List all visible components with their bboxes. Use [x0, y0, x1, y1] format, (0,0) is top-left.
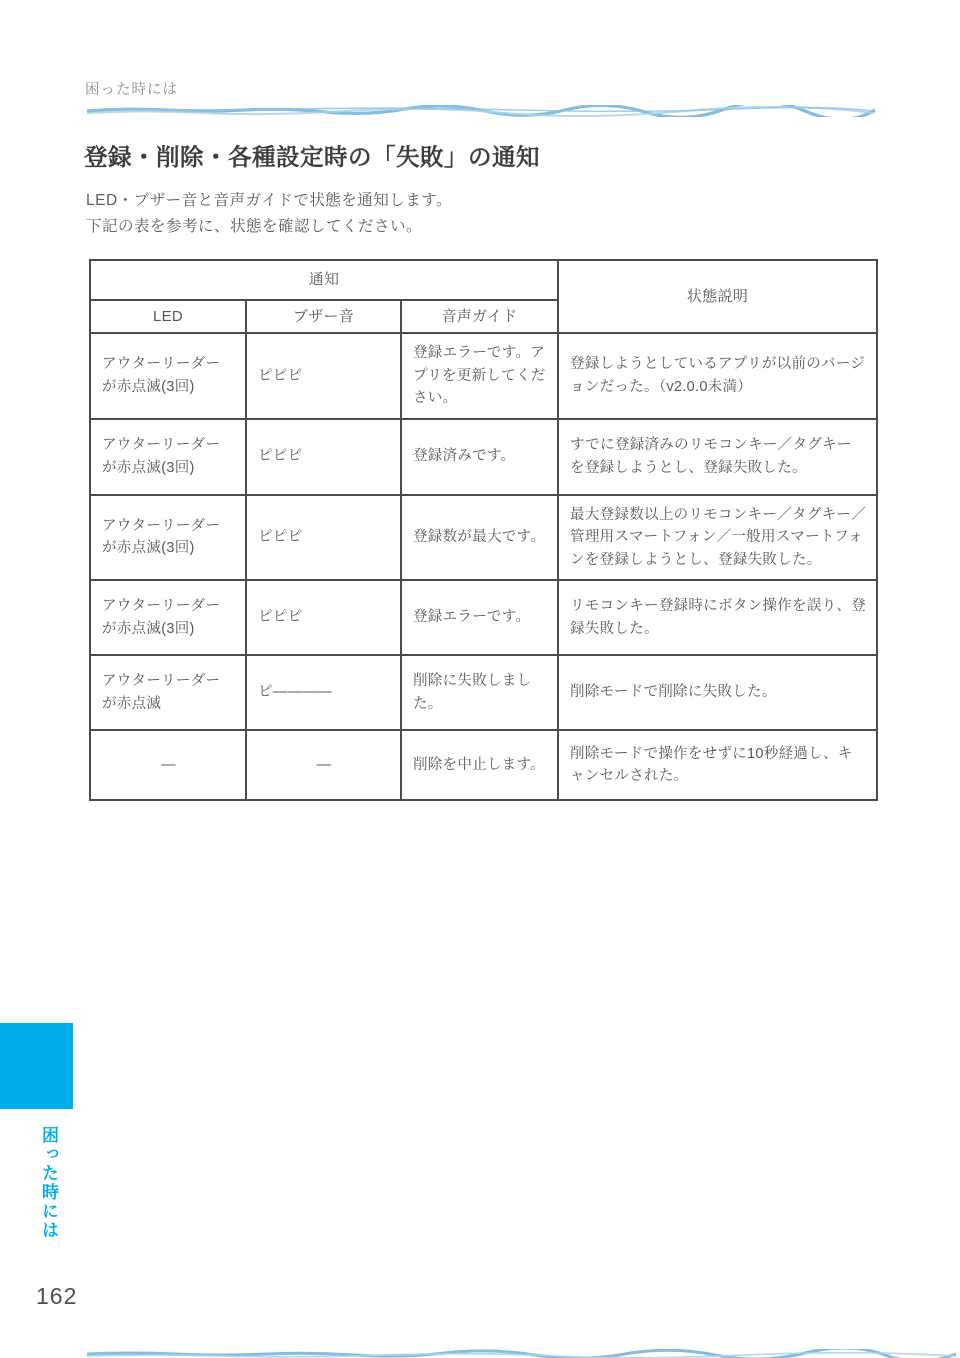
table-row: — — 削除を中止します。 削除モードで操作をせずに10秒経過し、キャンセルされ…	[90, 730, 877, 800]
scribble-divider-bottom	[85, 1346, 958, 1356]
voice-cell: 登録エラーです。アプリを更新してください。	[401, 333, 558, 418]
desc-cell: 最大登録数以上のリモコンキー／タグキー／管理用スマートフォン／一般用スマートフォ…	[558, 495, 877, 580]
failure-notification-table: 通知 状態説明 LED ブザー音 音声ガイド アウターリーダーが赤点滅(3回) …	[89, 259, 878, 801]
led-cell: —	[90, 730, 246, 800]
page-title: 登録・削除・各種設定時の「失敗」の通知	[84, 138, 540, 172]
led-cell: アウターリーダーが赤点滅(3回)	[90, 419, 246, 495]
col-header-voice-guide: 音声ガイド	[401, 300, 558, 333]
voice-cell: 登録数が最大です。	[401, 495, 558, 580]
led-cell: アウターリーダーが赤点滅	[90, 655, 246, 730]
buzzer-cell: ピ————	[246, 655, 401, 730]
section-header-label: 困った時には	[85, 78, 178, 99]
scribble-divider-top	[85, 104, 877, 116]
buzzer-cell: —	[246, 730, 401, 800]
table-row: アウターリーダーが赤点滅(3回) ピピピ 登録エラーです。 リモコンキー登録時に…	[90, 580, 877, 655]
table-row: アウターリーダーが赤点滅(3回) ピピピ 登録数が最大です。 最大登録数以上のリ…	[90, 495, 877, 580]
table-row: アウターリーダーが赤点滅(3回) ピピピ 登録済みです。 すでに登録済みのリモコ…	[90, 419, 877, 495]
buzzer-cell: ピピピ	[246, 495, 401, 580]
desc-cell: すでに登録済みのリモコンキー／タグキーを登録しようとし、登録失敗した。	[558, 419, 877, 495]
led-cell: アウターリーダーが赤点滅(3回)	[90, 495, 246, 580]
intro-line-2: 下記の表を参考に、状態を確認してください。	[86, 214, 452, 240]
col-header-notification: 通知	[90, 260, 558, 300]
led-cell: アウターリーダーが赤点滅(3回)	[90, 333, 246, 418]
voice-cell: 削除を中止します。	[401, 730, 558, 800]
desc-cell: 削除モードで削除に失敗した。	[558, 655, 877, 730]
page-number: 162	[36, 1283, 77, 1310]
chapter-tab-block	[0, 1023, 73, 1109]
intro-line-1: LED・ブザー音と音声ガイドで状態を通知します。	[86, 188, 452, 214]
voice-cell: 登録済みです。	[401, 419, 558, 495]
led-cell: アウターリーダーが赤点滅(3回)	[90, 580, 246, 655]
table-row: アウターリーダーが赤点滅(3回) ピピピ 登録エラーです。アプリを更新してくださ…	[90, 333, 877, 418]
voice-cell: 登録エラーです。	[401, 580, 558, 655]
col-header-led: LED	[90, 300, 246, 333]
table-row: アウターリーダーが赤点滅 ピ———— 削除に失敗しました。 削除モードで削除に失…	[90, 655, 877, 730]
buzzer-cell: ピピピ	[246, 419, 401, 495]
desc-cell: リモコンキー登録時にボタン操作を誤り、登録失敗した。	[558, 580, 877, 655]
col-header-buzzer: ブザー音	[246, 300, 401, 333]
voice-cell: 削除に失敗しました。	[401, 655, 558, 730]
desc-cell: 登録しようとしているアプリが以前のバージョンだった。（v2.0.0未満）	[558, 333, 877, 418]
buzzer-cell: ピピピ	[246, 333, 401, 418]
manual-page: 困った時には 登録・削除・各種設定時の「失敗」の通知 LED・ブザー音と音声ガイ…	[0, 0, 960, 1358]
col-header-status-desc: 状態説明	[558, 260, 877, 333]
intro-text: LED・ブザー音と音声ガイドで状態を通知します。 下記の表を参考に、状態を確認し…	[86, 188, 452, 240]
buzzer-cell: ピピピ	[246, 580, 401, 655]
chapter-tab-label: 困った時には	[36, 1126, 61, 1240]
desc-cell: 削除モードで操作をせずに10秒経過し、キャンセルされた。	[558, 730, 877, 800]
